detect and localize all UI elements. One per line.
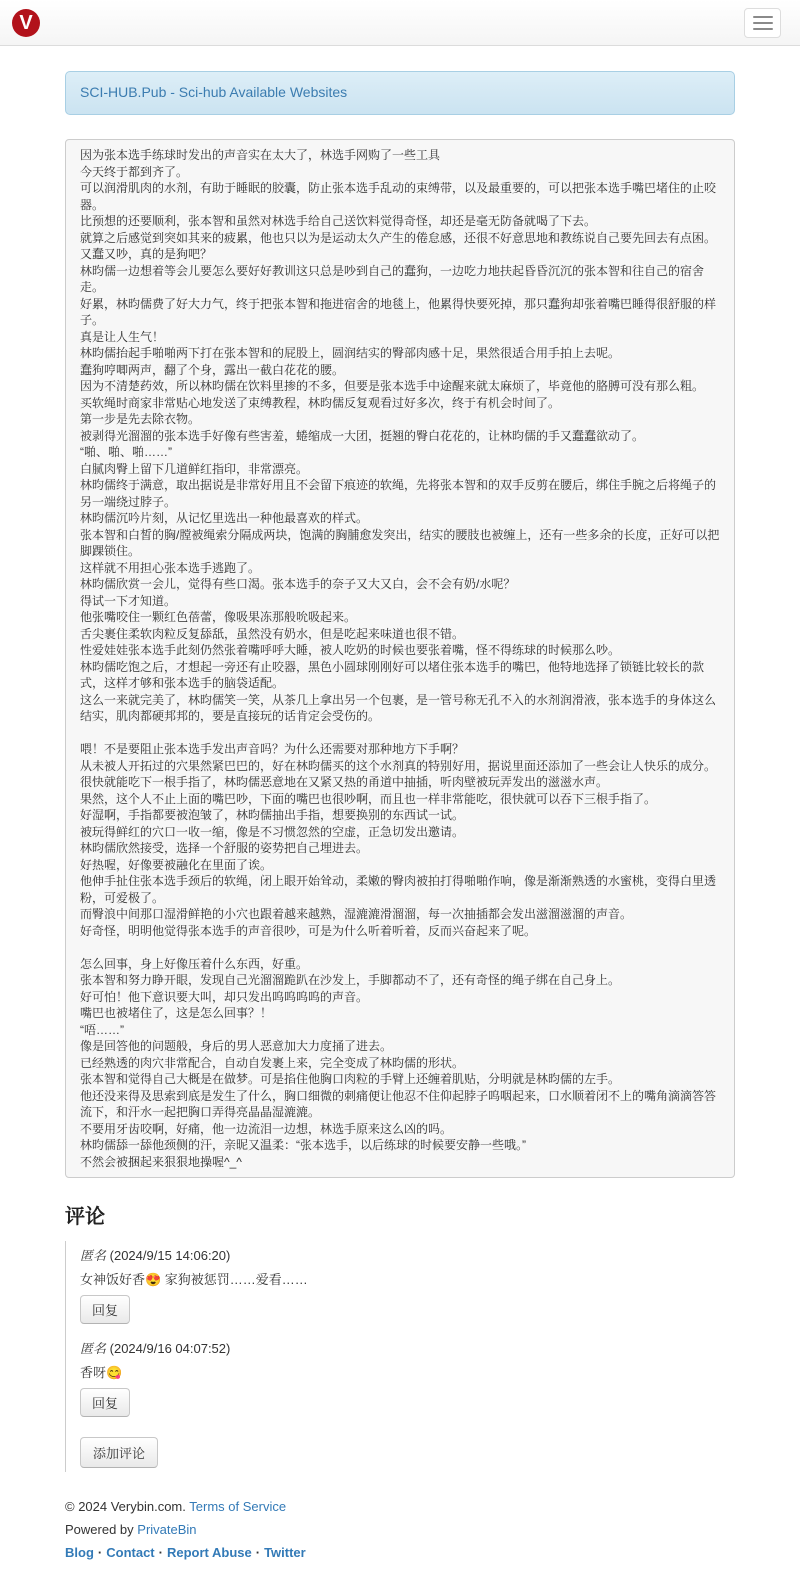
paste-line: 张本智和觉得自己大概是在做梦。可是掐住他胸口肉粒的手臂上还缠着肌贴，分明就是林昀… — [80, 1071, 720, 1088]
paste-line: 这么一来就完美了，林昀儒笑一笑，从茶几上拿出另一个包裹，是一管号称无孔不入的水剂… — [80, 692, 720, 725]
paste-line: 不要用牙齿咬啊，好痛，他一边流泪一边想，林选手原来这么凶的吗。 — [80, 1121, 720, 1138]
paste-line: 从未被人开拓过的穴果然紧巴巴的，好在林昀儒买的这个水剂真的特别好用，据说里面还添… — [80, 758, 720, 775]
comments-section: 匿名 (2024/9/15 14:06:20) 女神饭好香😍 家狗被惩罚……爱看… — [65, 1241, 735, 1472]
hamburger-menu-button[interactable] — [744, 8, 781, 38]
paste-line: 林昀儒一边想着等会儿要怎么要好好教训这只总是吵到自己的蠢狗，一边吃力地扶起昏昏沉… — [80, 263, 720, 296]
paste-line — [80, 725, 720, 742]
paste-line: “啪、啪、啪……” — [80, 444, 720, 461]
comment-text: 香呀😋 — [80, 1362, 735, 1381]
paste-line: 嘴巴也被堵住了，这是怎么回事？！ — [80, 1005, 720, 1022]
add-comment-button[interactable]: 添加评论 — [80, 1437, 158, 1468]
paste-line: 因为张本选手练球时发出的声音实在太大了，林选手网购了一些工具 — [80, 147, 720, 164]
reply-button[interactable]: 回复 — [80, 1388, 130, 1417]
paste-line: 很快就能吃下一根手指了，林昀儒恶意地在又紧又热的甬道中抽插，听肉壁被玩弄发出的滋… — [80, 774, 720, 791]
comment: 匿名 (2024/9/16 04:07:52) 香呀😋 回复 — [80, 1338, 735, 1417]
paste-line: 今天终于都到齐了。 — [80, 164, 720, 181]
twitter-link[interactable]: Twitter — [264, 1545, 306, 1560]
paste-line: 被剥得光溜溜的张本选手好像有些害羞，蜷缩成一大团，挺翘的臀白花花的，让林昀儒的手… — [80, 428, 720, 445]
report-abuse-link[interactable]: Report Abuse — [167, 1545, 252, 1560]
contact-link[interactable]: Contact — [106, 1545, 154, 1560]
privatebin-link[interactable]: PrivateBin — [137, 1522, 196, 1537]
separator: · — [98, 1545, 102, 1560]
terms-of-service-link[interactable]: Terms of Service — [189, 1499, 286, 1514]
paste-line: 好可怕！他下意识要大叫，却只发出呜呜呜呜的声音。 — [80, 989, 720, 1006]
paste-line: 他张嘴咬住一颗红色蓓蕾，像吸果冻那般吮吸起来。 — [80, 609, 720, 626]
paste-line: 张本智和白皙的胸/膛被绳索分隔成两块，饱满的胸脯愈发突出，结实的腰肢也被缠上，还… — [80, 527, 720, 560]
paste-line: 好奇怪，明明他觉得张本选手的声音很吵，可是为什么听着听着，反而兴奋起来了呢。 — [80, 923, 720, 940]
paste-line: 白腻肉臀上留下几道鲜红指印，非常漂亮。 — [80, 461, 720, 478]
reply-button[interactable]: 回复 — [80, 1295, 130, 1324]
paste-line: 而臀浪中间那口湿滑鲜艳的小穴也跟着越来越熟，湿漉漉滑溜溜，每一次抽插都会发出滋溜… — [80, 906, 720, 923]
comment-author: 匿名 — [80, 1341, 106, 1356]
paste-line: 林昀儒终于满意，取出据说是非常好用且不会留下痕迹的软绳，先将张本智和的双手反剪在… — [80, 477, 720, 510]
notice-link[interactable]: SCI-HUB.Pub - Sci-hub Available Websites — [80, 84, 347, 100]
paste-line: 第一步是先去除衣物。 — [80, 411, 720, 428]
paste-line: 因为不清楚药效，所以林昀儒在饮料里掺的不多，但要是张本选手中途醒来就太麻烦了，毕… — [80, 378, 720, 395]
powered-by-line: Powered by PrivateBin — [65, 1521, 735, 1539]
paste-line: 张本智和努力睁开眼，发现自己光溜溜跪趴在沙发上，手脚都动不了，还有奇怪的绳子绑在… — [80, 972, 720, 989]
comment: 匿名 (2024/9/15 14:06:20) 女神饭好香😍 家狗被惩罚……爱看… — [80, 1245, 735, 1324]
comments-list: 匿名 (2024/9/15 14:06:20) 女神饭好香😍 家狗被惩罚……爱看… — [80, 1245, 735, 1417]
paste-line: 又蠢又吵，真的是狗吧？ — [80, 246, 720, 263]
hamburger-icon — [753, 22, 773, 24]
paste-content: 因为张本选手练球时发出的声音实在太大了，林选手网购了一些工具 今天终于都到齐了。… — [65, 139, 735, 1178]
paste-line: 舌尖裹住柔软肉粒反复舔舐，虽然没有奶水，但是吃起来味道也很不错。 — [80, 626, 720, 643]
hamburger-icon — [753, 28, 773, 30]
page-footer: © 2024 Verybin.com. Terms of Service Pow… — [65, 1498, 735, 1562]
paste-line: 果然，这个人不止上面的嘴巴吵，下面的嘴巴也很吵啊，而且也一样非常能吃，很快就可以… — [80, 791, 720, 808]
paste-line: 蠢狗哼唧两声，翻了个身，露出一截白花花的腰。 — [80, 362, 720, 379]
paste-line: 真是让人生气！ — [80, 329, 720, 346]
paste-line: 像是回答他的问题般，身后的男人恶意加大力度捅了进去。 — [80, 1038, 720, 1055]
footer-links-line: Blog·Contact·Report Abuse·Twitter — [65, 1544, 735, 1562]
top-navbar: V — [0, 0, 800, 46]
comment-meta: 匿名 (2024/9/15 14:06:20) — [80, 1245, 735, 1264]
paste-line: 林昀儒抬起手啪啪两下打在张本智和的屁股上，圆润结实的臀部肉感十足，果然很适合用手… — [80, 345, 720, 362]
paste-line: 已经熟透的肉穴非常配合，自动自发裹上来，完全变成了林昀儒的形状。 — [80, 1055, 720, 1072]
separator: · — [256, 1545, 260, 1560]
paste-line: 不然会被捆起来狠狠地操喔^_^ — [80, 1154, 720, 1171]
copyright-text: © 2024 Verybin.com. — [65, 1499, 186, 1514]
comment-date: (2024/9/15 14:06:20) — [110, 1248, 231, 1263]
paste-line — [80, 939, 720, 956]
paste-line: 这样就不用担心张本选手逃跑了。 — [80, 560, 720, 577]
paste-line: 他还没来得及思索到底是发生了什么，胸口细微的刺痛便让他忍不住仰起脖子呜咽起来，口… — [80, 1088, 720, 1121]
paste-line: 林昀儒沉吟片刻，从记忆里选出一种他最喜欢的样式。 — [80, 510, 720, 527]
paste-line: 性爱娃娃张本选手此刻仍然张着嘴呼呼大睡，被人吃奶的时候也要张着嘴，怪不得练球的时… — [80, 642, 720, 659]
paste-line: 喂！不是要阻止张本选手发出声音吗？为什么还需要对那种地方下手啊？ — [80, 741, 720, 758]
paste-line: 好热喔，好像要被融化在里面了诶。 — [80, 857, 720, 874]
comment-text: 女神饭好香😍 家狗被惩罚……爱看…… — [80, 1269, 735, 1288]
main-container: SCI-HUB.Pub - Sci-hub Available Websites… — [65, 71, 735, 1562]
paste-line: 林昀儒欣然接受，选择一个舒服的姿势把自己埋进去。 — [80, 840, 720, 857]
paste-line: 怎么回事，身上好像压着什么东西，好重。 — [80, 956, 720, 973]
copyright-line: © 2024 Verybin.com. Terms of Service — [65, 1498, 735, 1516]
comment-author: 匿名 — [80, 1248, 106, 1263]
paste-line: 比预想的还要顺利，张本智和虽然对林选手给自己送饮料觉得奇怪，却还是毫无防备就喝了… — [80, 213, 720, 230]
comment-date: (2024/9/16 04:07:52) — [110, 1341, 231, 1356]
paste-line: 林昀儒舔一舔他颈侧的汗，亲昵又温柔：“张本选手，以后练球的时候要安静一些哦。” — [80, 1137, 720, 1154]
comment-meta: 匿名 (2024/9/16 04:07:52) — [80, 1338, 735, 1357]
comments-heading: 评论 — [65, 1200, 735, 1229]
paste-line: 可以润滑肌肉的水剂，有助于睡眠的胶囊，防止张本选手乱动的束缚带，以及最重要的，可… — [80, 180, 720, 213]
notice-banner: SCI-HUB.Pub - Sci-hub Available Websites — [65, 71, 735, 115]
paste-line: 买软绳时商家非常贴心地发送了束缚教程，林昀儒反复观看过好多次，终于有机会时间了。 — [80, 395, 720, 412]
paste-line: 得试一下才知道。 — [80, 593, 720, 610]
blog-link[interactable]: Blog — [65, 1545, 94, 1560]
separator: · — [159, 1545, 163, 1560]
paste-line: 就算之后感觉到突如其来的疲累，他也只以为是运动太久产生的倦怠感，还很不好意思地和… — [80, 230, 720, 247]
paste-line: 好累，林昀儒费了好大力气，终于把张本智和拖进宿舍的地毯上，他累得快要死掉，那只蠢… — [80, 296, 720, 329]
paste-line: “唔……” — [80, 1022, 720, 1039]
paste-line: 林昀儒欣赏一会儿，觉得有些口渴。张本选手的奈子又大又白，会不会有奶/水呢？ — [80, 576, 720, 593]
paste-line: 林昀儒吃饱之后，才想起一旁还有止咬器，黑色小圆球刚刚好可以堵住张本选手的嘴巴，他… — [80, 659, 720, 692]
hamburger-icon — [753, 16, 773, 18]
paste-line: 好湿啊，手指都要被泡皱了，林昀儒抽出手指，想要换别的东西试一试。 — [80, 807, 720, 824]
site-logo[interactable]: V — [12, 9, 40, 37]
powered-by-text: Powered by — [65, 1522, 134, 1537]
paste-line: 他伸手扯住张本选手颈后的软绳，闭上眼开始耸动，柔嫩的臀肉被拍打得啪啪作响，像是渐… — [80, 873, 720, 906]
paste-line: 被玩得鲜红的穴口一收一缩，像是不习惯忽然的空虚，正急切发出邀请。 — [80, 824, 720, 841]
